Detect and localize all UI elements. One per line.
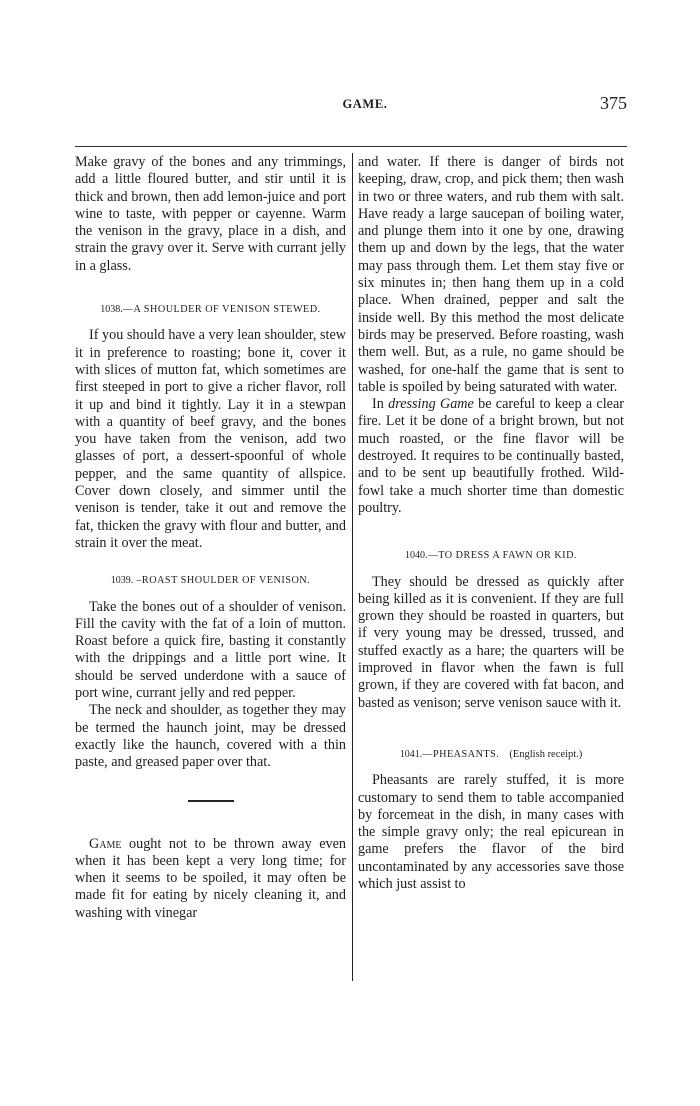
recipe-1038-body: If you should have a very lean shoulder,… [75,327,346,552]
page-header: GAME. 375 [75,93,625,115]
section-separator [188,800,234,802]
continuation-paragraph: Make gravy of the bones and any trimming… [75,154,346,275]
dressing-game-body: be careful to keep a clear fire. Let it … [358,396,624,516]
recipe-1039-body-2: The neck and shoulder, as together they … [75,702,346,771]
header-rule [75,146,627,147]
recipe-1039-heading: 1039. –ROAST SHOULDER OF VENISON. [75,572,346,589]
recipe-title: —TO DRESS A FAWN OR KID. [428,550,577,561]
recipe-number: 1041. [400,749,423,760]
recipe-1038-heading: 1038.—A SHOULDER OF VENISON STEWED. [75,301,346,318]
running-head: GAME. [75,97,645,112]
right-column: and water. If there is danger of birds n… [358,154,624,893]
recipe-title: —A SHOULDER OF VENISON STEWED. [123,304,321,315]
recipe-1041-heading: 1041.—PHEASANTS.(English receipt.) [358,746,624,763]
dressing-game-paragraph: In dressing Game be careful to keep a cl… [358,396,624,517]
recipe-number: 1038. [100,304,123,315]
recipe-1040-body: They should be dressed as quickly after … [358,574,624,712]
recipe-note: (English receipt.) [509,749,582,760]
recipe-1040-heading: 1040.—TO DRESS A FAWN OR KID. [358,547,624,564]
recipe-1041-body: Pheasants are rarely stuffed, it is more… [358,772,624,893]
game-note-paragraph: Game ought not to be thrown away even wh… [75,836,346,922]
continuation-paragraph: and water. If there is danger of birds n… [358,154,624,396]
recipe-title: –ROAST SHOULDER OF VENISON. [133,575,310,586]
recipe-number: 1040. [405,550,428,561]
italic-text: dressing Game [388,396,474,412]
column-divider [352,153,353,981]
recipe-1039-body-1: Take the bones out of a shoulder of veni… [75,599,346,703]
left-column: Make gravy of the bones and any trimming… [75,154,346,922]
lead-word: Game [89,836,121,852]
page-number: 375 [600,93,627,114]
lead-text: In [372,396,388,412]
recipe-number: 1039. [111,575,134,586]
recipe-title: —PHEASANTS. [422,749,499,760]
